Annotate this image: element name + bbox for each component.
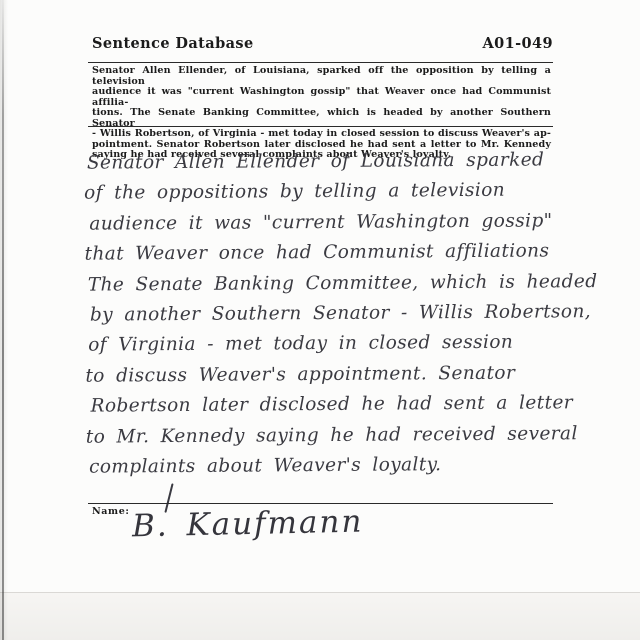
handwritten-line: of the oppositions by telling a televisi… xyxy=(84,176,557,210)
name-label: Name: xyxy=(92,506,129,517)
handwritten-line: The Senate Banking Committee, which is h… xyxy=(88,267,558,301)
divider-top xyxy=(88,62,553,63)
handwritten-line: to discuss Weaver's appointment. Senator xyxy=(85,358,558,392)
handwritten-line: audience it was "current Washington goss… xyxy=(89,206,557,240)
writer-signature: B. Kaufmann xyxy=(132,504,364,545)
form-title: Sentence Database xyxy=(92,35,254,52)
handwritten-transcription: Senator Allen Ellender of Louisiana spar… xyxy=(87,145,559,483)
page-edge-shadow xyxy=(0,592,640,640)
handwritten-line: that Weaver once had Communist affiliati… xyxy=(84,237,557,271)
handwritten-line: by another Southern Senator - Willis Rob… xyxy=(90,297,558,331)
handwritten-line: Senator Allen Ellender of Louisiana spar… xyxy=(87,145,557,179)
scanned-form-page: Sentence Database A01-049 Senator Allen … xyxy=(0,0,640,640)
page-edge-line xyxy=(2,0,4,640)
printed-line: Senator Allen Ellender, of Louisiana, sp… xyxy=(92,66,551,87)
form-id: A01-049 xyxy=(482,35,553,52)
divider-after-prompt xyxy=(88,126,553,127)
handwritten-line: to Mr. Kennedy saying he had received se… xyxy=(86,419,559,453)
page-edge-left xyxy=(0,0,8,640)
handwritten-line: complaints about Weaver's loyalty. xyxy=(89,449,559,483)
handwritten-line: of Virginia - met today in closed sessio… xyxy=(88,328,558,362)
printed-line: audience it was "current Washington goss… xyxy=(92,87,551,108)
handwritten-line: Robertson later disclosed he had sent a … xyxy=(91,389,559,423)
